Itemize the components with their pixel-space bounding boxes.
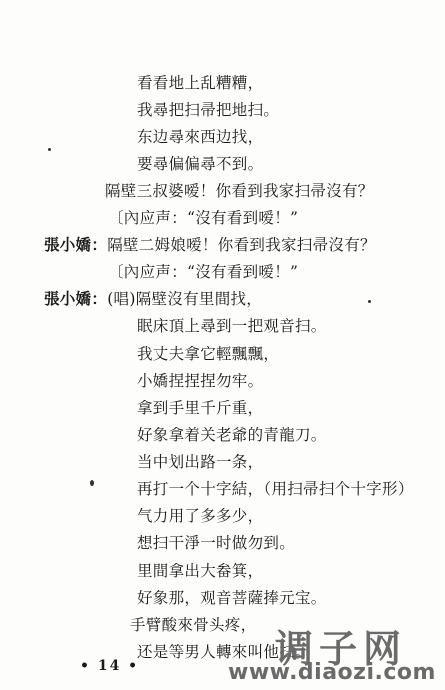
line-text: (唱)隔壁沒有里間找，	[107, 290, 262, 308]
watermark-url: www.diaozi.com	[228, 660, 436, 685]
line-text: 好象那，观音菩薩捧元宝。	[137, 589, 327, 607]
script-line: 再打一个十字結，（用扫帚扫个十字形）	[137, 480, 414, 498]
print-speck	[368, 300, 371, 303]
speaker-name: 張小嬌：	[44, 235, 107, 254]
script-line: 好象那，观音菩薩捧元宝。	[137, 589, 327, 607]
script-line: 要尋偏偏尋不到。	[137, 155, 263, 173]
line-text: 隔壁二姆娘嗳！你看到我家扫帚沒有？	[107, 236, 376, 254]
line-text: 再打一个十字結，（用扫帚扫个十字形）	[137, 480, 414, 498]
line-text: 气力用了多多少，	[137, 507, 263, 525]
print-speck	[90, 480, 94, 486]
line-text: 我丈夫拿它輕飄飄，	[137, 345, 279, 363]
line-text: 隔壁三叔婆嗳！你看到我家扫帚沒有？	[105, 182, 374, 200]
script-line: 东边尋來西边找，	[137, 128, 263, 146]
line-text: 好象拿着关老爺的青龍刀。	[137, 426, 327, 444]
script-line: 想扫干淨一时做勿到。	[137, 534, 295, 552]
script-line: 看看地上乱糟糟，	[137, 74, 263, 92]
script-line: 手臂酸來骨头疼，	[130, 616, 256, 634]
line-text: 当中划出路一条，	[137, 453, 263, 471]
line-text: 〔內应声：“沒有看到嗳！”	[108, 209, 298, 227]
script-line: 張小嬌：(唱)隔壁沒有里間找，	[44, 290, 262, 308]
script-line: 眠床頂上尋到一把观音扫。	[137, 317, 327, 335]
script-line: 隔壁三叔婆嗳！你看到我家扫帚沒有？	[105, 182, 374, 200]
script-line: 我尋把扫帚把地扫。	[137, 101, 279, 119]
speaker-name: 張小嬌：	[44, 289, 107, 308]
line-text: 小嬌捏捏捏勿牢。	[137, 372, 263, 390]
line-text: 东边尋來西边找，	[137, 128, 263, 146]
script-line: 好象拿着关老爺的青龍刀。	[137, 426, 327, 444]
script-line: 当中划出路一条，	[137, 453, 263, 471]
line-text: 眠床頂上尋到一把观音扫。	[137, 317, 327, 335]
page-number: • 14 •	[80, 658, 139, 674]
line-text: 里間拿出大畚箕，	[137, 562, 263, 580]
script-line: 拿到手里千斤重，	[137, 399, 263, 417]
script-line: 張小嬌：隔壁二姆娘嗳！你看到我家扫帚沒有？	[44, 236, 376, 254]
script-line: 小嬌捏捏捏勿牢。	[137, 372, 263, 390]
line-text: 我尋把扫帚把地扫。	[137, 101, 279, 119]
script-line: 〔內应声：“沒有看到嗳！”	[108, 263, 298, 281]
script-line: 里間拿出大畚箕，	[137, 562, 263, 580]
script-line: 我丈夫拿它輕飄飄，	[137, 345, 279, 363]
script-line: 气力用了多多少，	[137, 507, 263, 525]
line-text: 想扫干淨一时做勿到。	[137, 534, 295, 552]
line-text: 拿到手里千斤重，	[137, 399, 263, 417]
line-text: 〔內应声：“沒有看到嗳！”	[108, 263, 298, 281]
line-text: 手臂酸來骨头疼，	[130, 616, 256, 634]
script-line: 〔內应声：“沒有看到嗳！”	[108, 209, 298, 227]
line-text: 看看地上乱糟糟，	[137, 74, 263, 92]
line-text: 要尋偏偏尋不到。	[137, 155, 263, 173]
print-speck	[48, 148, 51, 151]
